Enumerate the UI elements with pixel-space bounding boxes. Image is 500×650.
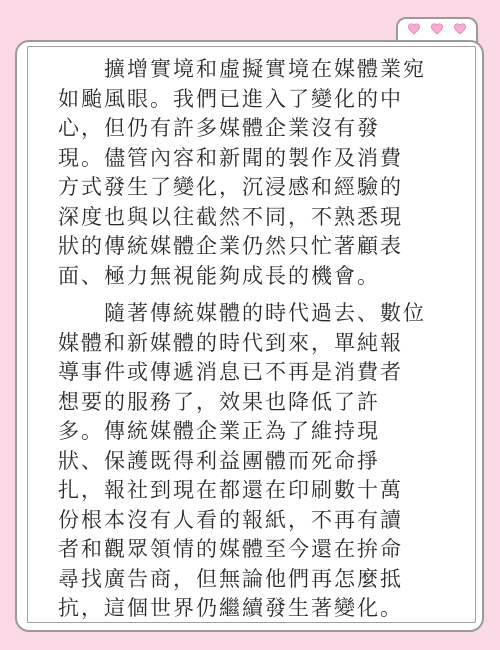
note-card: 擴增實境和虛擬實境在媒體業宛 如颱風眼。我們已進入了變化的中 心，但仍有許多媒體… [15,40,484,632]
heart-icon [430,22,444,35]
inner-frame: 擴增實境和虛擬實境在媒體業宛 如颱風眼。我們已進入了變化的中 心，但仍有許多媒體… [27,46,476,623]
text-content: 擴增實境和虛擬實境在媒體業宛 如颱風眼。我們已進入了變化的中 心，但仍有許多媒體… [58,55,442,624]
heart-icon [453,22,467,35]
page-background: 擴增實境和虛擬實境在媒體業宛 如颱風眼。我們已進入了變化的中 心，但仍有許多媒體… [0,0,500,650]
paragraph: 擴增實境和虛擬實境在媒體業宛 如颱風眼。我們已進入了變化的中 心，但仍有許多媒體… [58,55,442,291]
paragraph: 隨著傳統媒體的時代過去、數位 媒體和新媒體的時代到來，單純報 導事件或傳遞消息已… [58,299,442,624]
heart-icon [407,22,421,35]
